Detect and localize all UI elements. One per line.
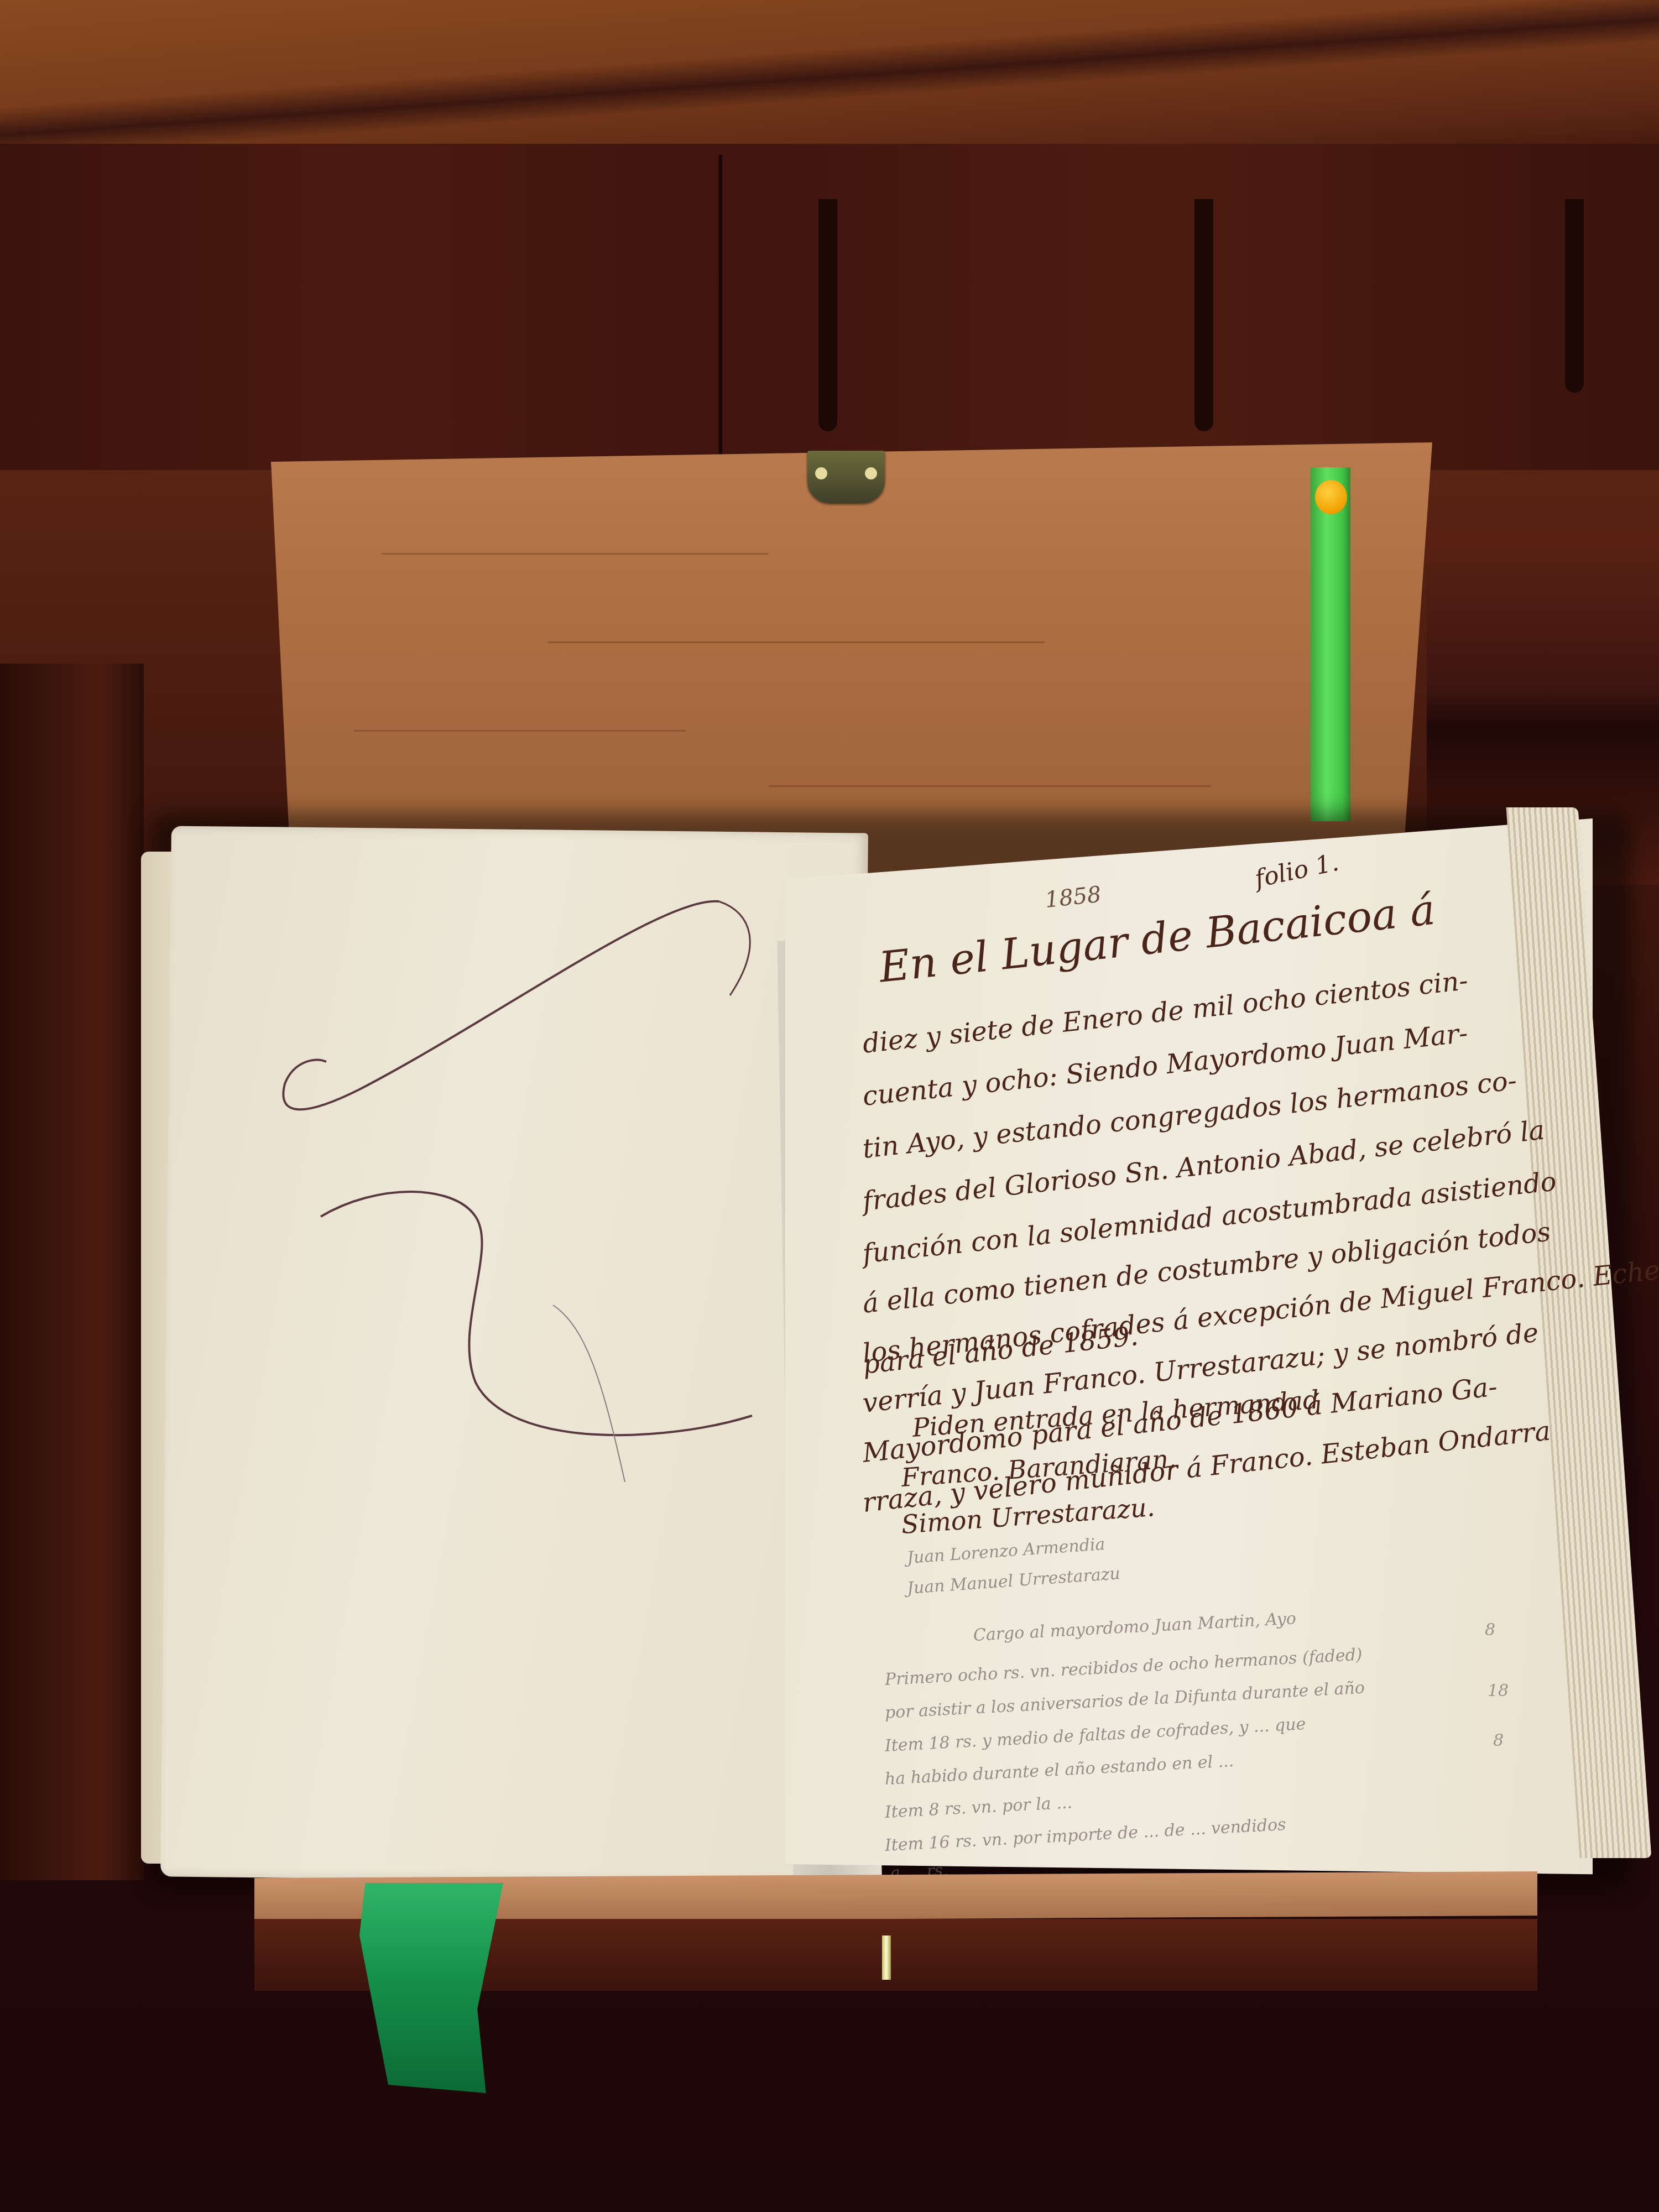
photo-scene: folio 1. 1858 En el Lugar de Bacaicoa á … <box>0 0 1659 2212</box>
cabinet-slot <box>1565 199 1584 393</box>
margin-number: 8 <box>1485 1620 1495 1640</box>
brass-hinge-icon <box>807 451 885 503</box>
cabinet-slot <box>818 199 837 431</box>
brass-latch-icon <box>882 1936 891 1980</box>
wood-grain <box>769 785 1211 787</box>
left-page[interactable] <box>160 826 868 1884</box>
margin-number: 18 <box>1488 1681 1509 1700</box>
ribbon-bookmark-top[interactable] <box>1311 467 1350 821</box>
screw-icon <box>815 467 827 479</box>
cabinet-panel-seam <box>719 155 722 476</box>
left-shelf-side <box>0 664 144 1880</box>
cabinet-slot <box>1194 199 1213 431</box>
screw-icon <box>865 467 877 479</box>
yellow-pushpin-icon <box>1315 480 1347 514</box>
wood-grain <box>354 730 686 732</box>
wood-grain <box>382 553 769 555</box>
margin-number: 8 <box>1493 1731 1504 1750</box>
wood-grain <box>547 641 1045 643</box>
cabinet-top-molding <box>0 0 1659 166</box>
